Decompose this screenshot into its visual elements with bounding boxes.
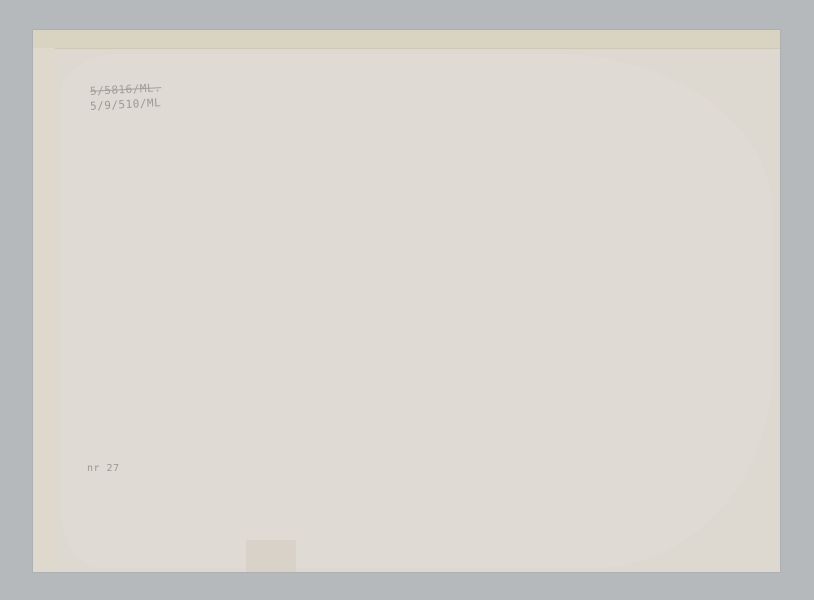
paper-stain [246, 540, 296, 572]
paper-sheet: 5/5816/ML. 5/9/510/ML nr 27 [33, 30, 780, 572]
left-edge-band [33, 48, 55, 572]
hinge-tape-strip [33, 30, 780, 49]
translucent-overlay-paper [61, 54, 773, 568]
pencil-note-margin: nr 27 [87, 463, 120, 474]
